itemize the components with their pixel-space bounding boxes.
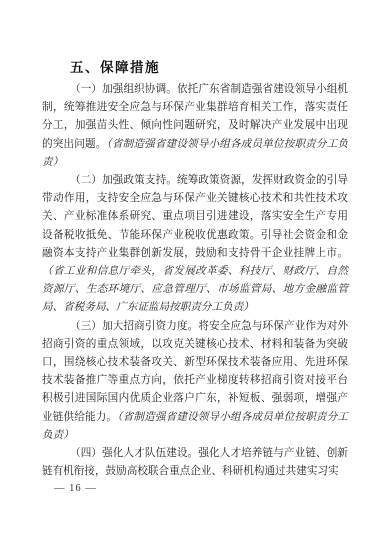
paragraph-text: （四）强化人才队伍建设。强化人才培养链与产业链、创新链有机衔接，鼓励高校联合重点… <box>42 448 348 477</box>
para-2-policy-support: （二）加强政策支持。统筹政策资源，发挥财政资金的引导带动作用，支持安全应急与环保… <box>42 172 348 318</box>
document-content: 五、保障措施 （一）加强组织协调。依托广东省制造强省建设领导小组机制，统筹推进安… <box>42 57 348 481</box>
para-4-talent-team: （四）强化人才队伍建设。强化人才培养链与产业链、创新链有机衔接，鼓励高校联合重点… <box>42 445 348 481</box>
page-number: — 16 — <box>54 483 97 494</box>
document-body: （一）加强组织协调。依托广东省制造强省建设领导小组机制，统筹推进安全应急与环保产… <box>42 81 348 481</box>
document-page: 五、保障措施 （一）加强组织协调。依托广东省制造强省建设领导小组机制，统筹推进安… <box>0 0 390 550</box>
section-heading: 五、保障措施 <box>42 57 348 79</box>
responsibility-attribution: （省工业和信息厅牵头，省发展改革委、科技厅、财政厅、自然资源厅、生态环境厅、应急… <box>42 266 348 313</box>
para-1-organization-coordination: （一）加强组织协调。依托广东省制造强省建设领导小组机制，统筹推进安全应急与环保产… <box>42 81 348 172</box>
paragraph-text: （三）加大招商引资力度。将安全应急与环保产业作为对外招商引资的重点领域，以攻克关… <box>42 321 348 423</box>
para-3-investment-attraction: （三）加大招商引资力度。将安全应急与环保产业作为对外招商引资的重点领域，以攻克关… <box>42 318 348 445</box>
paragraph-text: （二）加强政策支持。统筹政策资源，发挥财政资金的引导带动作用，支持安全应急与环保… <box>42 175 348 259</box>
